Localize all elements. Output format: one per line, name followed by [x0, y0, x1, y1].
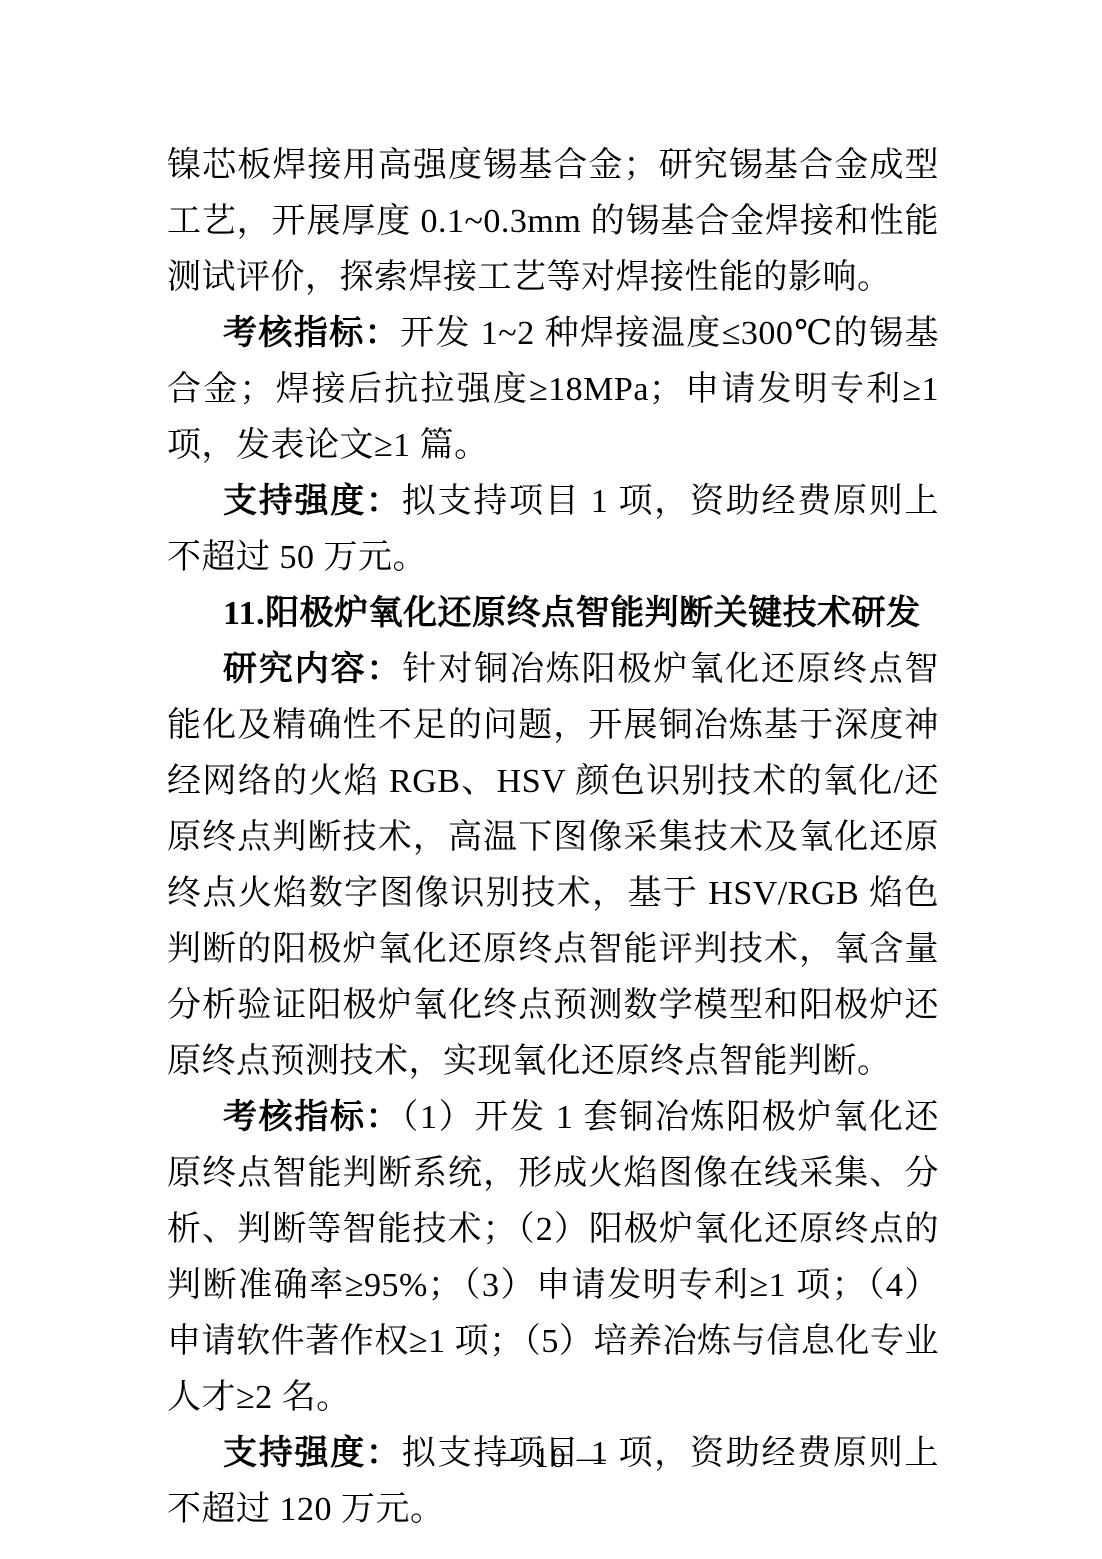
paragraph-text: 针对铜冶炼阳极炉氧化还原终点智能化及精确性不足的问题，开展铜冶炼基于深度神经网络…	[167, 651, 939, 1080]
paragraph-label: 考核指标：	[223, 315, 400, 352]
section-11-heading: 11.阳极炉氧化还原终点智能判断关键技术研发	[167, 586, 939, 642]
paragraph-label: 考核指标：	[223, 1099, 401, 1136]
paragraph-text: 镍芯板焊接用高强度锡基合金；研究锡基合金成型工艺，开展厚度 0.1~0.3mm …	[167, 147, 939, 296]
paragraph-label: 研究内容：	[223, 651, 402, 688]
assessment-indicators-paragraph: 考核指标：开发 1~2 种焊接温度≤300℃的锡基合金；焊接后抗拉强度≥18MP…	[167, 306, 939, 474]
research-content-paragraph: 研究内容：针对铜冶炼阳极炉氧化还原终点智能化及精确性不足的问题，开展铜冶炼基于深…	[167, 642, 939, 1090]
section-heading-text: 11.阳极炉氧化还原终点智能判断关键技术研发	[223, 595, 921, 632]
assessment-indicators-paragraph: 考核指标：（1）开发 1 套铜冶炼阳极炉氧化还原终点智能判断系统，形成火焰图像在…	[167, 1090, 939, 1426]
paragraph-label: 支持强度：	[223, 483, 402, 520]
document-body: 镍芯板焊接用高强度锡基合金；研究锡基合金成型工艺，开展厚度 0.1~0.3mm …	[167, 138, 939, 1538]
support-strength-paragraph: 支持强度：拟支持项目 1 项，资助经费原则上不超过 50 万元。	[167, 474, 939, 586]
document-page: 镍芯板焊接用高强度锡基合金；研究锡基合金成型工艺，开展厚度 0.1~0.3mm …	[0, 0, 1102, 1559]
page-number: — 10 —	[0, 1438, 1102, 1478]
paragraph-text: （1）开发 1 套铜冶炼阳极炉氧化还原终点智能判断系统，形成火焰图像在线采集、分…	[167, 1099, 939, 1416]
paragraph-continuation: 镍芯板焊接用高强度锡基合金；研究锡基合金成型工艺，开展厚度 0.1~0.3mm …	[167, 138, 939, 306]
